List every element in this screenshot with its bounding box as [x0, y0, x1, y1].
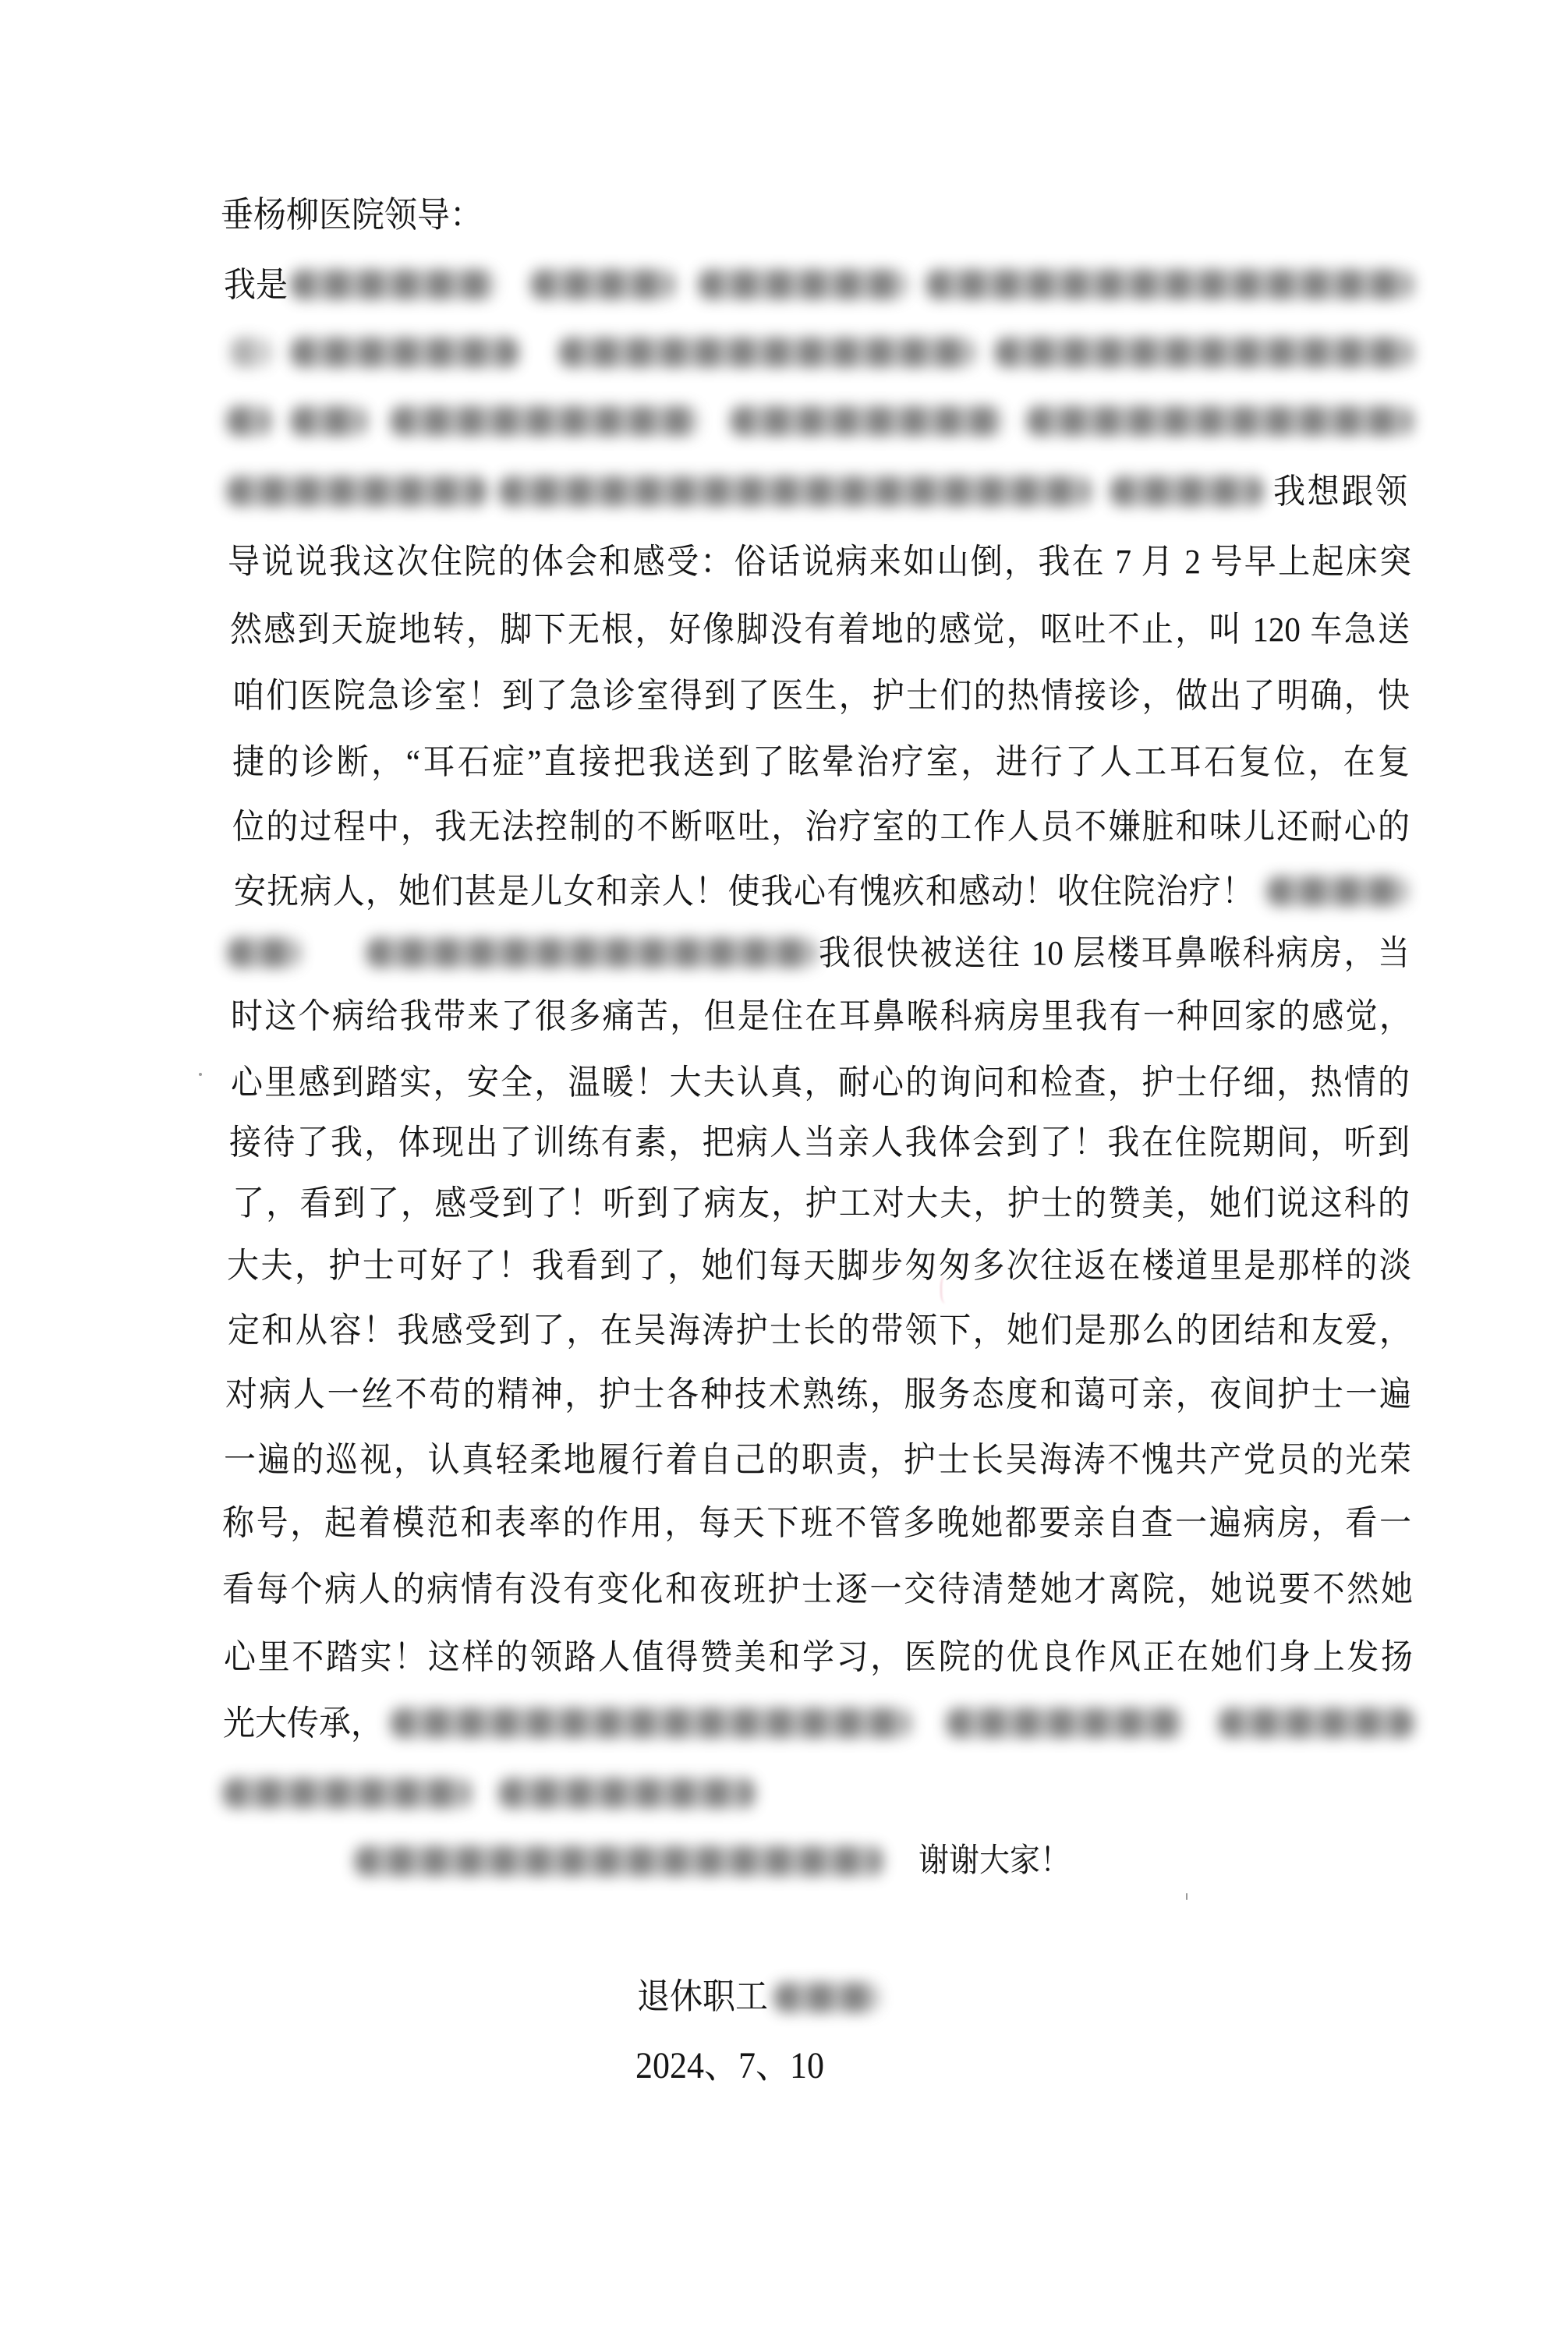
scan-speck [1279, 1193, 1281, 1195]
redacted-text [231, 338, 271, 367]
redacted-text [227, 476, 487, 506]
redacted-text [223, 1778, 471, 1808]
body-line: 接待了我，体现出了训练有素，把病人当亲人我体会到了！我在住院期间，听到 [229, 1117, 1410, 1168]
redacted-text [291, 270, 495, 299]
body-line: 时这个病给我带来了很多痛苦，但是住在耳鼻喉科病房里我有一种回家的感觉， [231, 991, 1411, 1042]
scanned-letter-page: 垂杨柳医院领导： 我是 我想跟领 导说说我这次住院的体会和感受：俗话说病来如山倒… [0, 0, 1568, 2339]
scan-speck [1186, 1893, 1188, 1900]
redacted-text [227, 406, 271, 436]
redacted-text [947, 1708, 1183, 1738]
redacted-text [291, 338, 519, 367]
body-line: 定和从容！我感受到了，在吴海涛护士长的带领下，她们是那么的团结和友爱， [228, 1305, 1411, 1356]
redacted-text [699, 270, 907, 299]
pink-ink-mark [940, 1276, 953, 1304]
redacted-text [995, 338, 1413, 367]
body-line-text: 我想跟领 [1273, 466, 1407, 517]
body-line-text: 安抚病人，她们甚是儿女和亲人！使我心有愧疚和感动！收住院治疗！ [234, 866, 1254, 917]
scan-speck [199, 1073, 202, 1076]
redacted-text [291, 406, 366, 436]
body-line: 捷的诊断，“耳石症”直接把我送到了眩晕治疗室，进行了人工耳石复位，在复 [232, 737, 1410, 787]
redacted-text [731, 406, 1003, 436]
redacted-text [499, 1778, 755, 1808]
body-line: 心里感到踏实，安全，温暖！大夫认真，耐心的询问和检查，护士仔细，热情的 [231, 1057, 1410, 1108]
closing-thanks: 谢谢大家！ [919, 1836, 1071, 1887]
body-line: 称号，起着模范和表率的作用，每天下班不管多晚她都要亲自查一遍病房，看一 [222, 1498, 1411, 1548]
body-line: 咱们医院急诊室！到了急诊室得到了医生，护士们的热情接诊，做出了明确，快 [232, 671, 1410, 721]
redacted-text [1027, 406, 1413, 436]
body-line-text: 我是 [224, 260, 288, 310]
body-line: 大夫，护士可好了！我看到了，她们每天脚步匆匆多次往返在楼道里是那样的淡 [227, 1240, 1411, 1291]
body-line: 看每个病人的病情有没有变化和夜班护士逐一交待清楚她才离院，她说要不然她 [222, 1564, 1413, 1615]
body-line-text: 我很快被送往 10 层楼耳鼻喉科病房，当 [819, 928, 1410, 978]
body-line: 一遍的巡视，认真轻柔地履行着自己的职责，护士长吴海涛不愧共产党员的光荣 [224, 1435, 1411, 1485]
redacted-signature-name [774, 1983, 879, 2012]
body-line: 位的过程中，我无法控制的不断呕吐，治疗室的工作人员不嫌脏和味儿还耐心的 [232, 801, 1410, 852]
body-line: 心里不踏实！这样的领路人值得赞美和学习，医院的优良作风正在她们身上发扬 [224, 1632, 1413, 1683]
redacted-text [391, 1708, 911, 1738]
redacted-text [1267, 876, 1407, 906]
redacted-text [391, 406, 699, 436]
redacted-text [1110, 476, 1263, 506]
redacted-text [355, 1846, 883, 1876]
redacted-text [366, 938, 816, 968]
redacted-text [499, 476, 1091, 506]
body-line: 导说说我这次住院的体会和感受：俗话说病来如山倒，我在 7 月 2 号早上起床突 [228, 536, 1411, 587]
body-line: 然感到天旋地转，脚下无根，好像脚没有着地的感觉，呕吐不止，叫 120 车急送 [230, 604, 1410, 655]
redacted-text [228, 938, 300, 968]
body-line: 对病人一丝不苟的精神，护士各种技术熟练，服务态度和蔼可亲，夜间护士一遍 [225, 1369, 1411, 1420]
redacted-text [1219, 1708, 1414, 1738]
redacted-text [559, 338, 975, 367]
redacted-text [926, 270, 1413, 299]
letter-date: 2024、7、10 [635, 2041, 824, 2092]
body-line: 了，看到了，感受到了！听到了病友，护工对大夫，护士的赞美，她们说这科的 [232, 1178, 1410, 1229]
redacted-text [531, 270, 674, 299]
signature-label: 退休职工 [637, 1973, 768, 2023]
salutation: 垂杨柳医院领导： [221, 191, 483, 242]
body-line-text: 光大传承， [223, 1698, 383, 1749]
